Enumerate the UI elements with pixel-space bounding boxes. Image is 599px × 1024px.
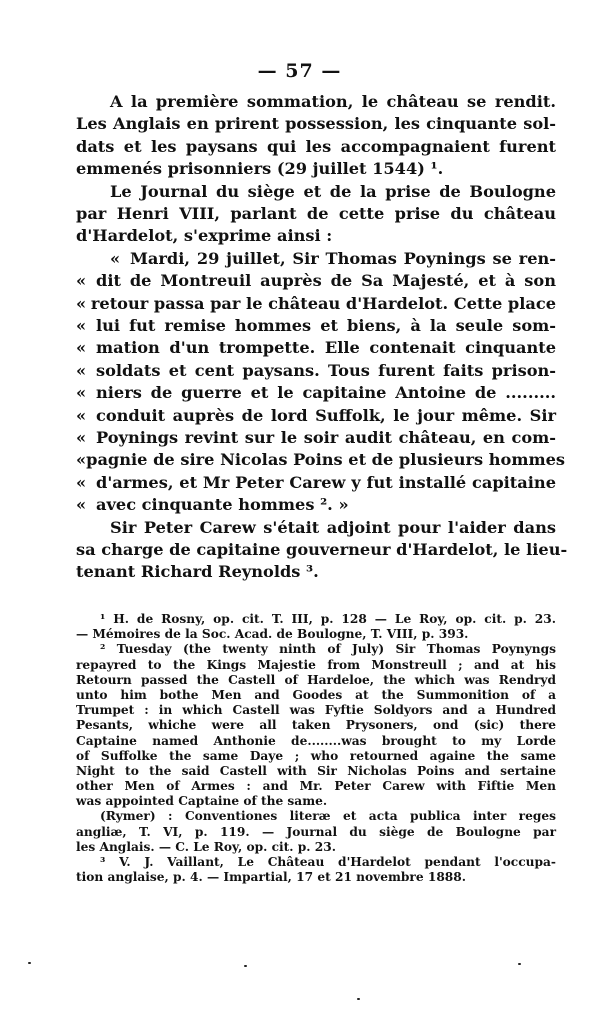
paragraph-3: Sir Peter Carew s'était adjoint pour l'a…	[76, 517, 556, 584]
footnote-line: tion anglaise, p. 4. — Impartial, 17 et …	[76, 870, 556, 885]
footnote-3: ³ V. J. Vaillant, Le Château d'Hardelot …	[76, 855, 556, 885]
footnote-line: les Anglais. — C. Le Roy, op. cit. p. 23…	[76, 840, 556, 855]
quote-line: « retour passa par le château d'Hardelot…	[76, 293, 556, 315]
footnote-line: of Suffolke the same Daye ; who retourne…	[76, 749, 556, 764]
guillemet: «	[76, 270, 96, 292]
page-number: — 57 —	[0, 60, 599, 82]
scan-speck	[518, 963, 521, 965]
footnote-line: Trumpet : in which Castell was Fyftie So…	[76, 703, 556, 718]
scan-speck	[28, 962, 31, 964]
quote-line: « pagnie de sire Nicolas Poins et de plu…	[76, 449, 556, 471]
footnote-1: ¹ H. de Rosny, op. cit. T. III, p. 128 —…	[76, 612, 556, 642]
quote-text: niers de guerre et le capitaine Antoine …	[96, 382, 556, 404]
quote-text: retour passa par le château d'Hardelot. …	[91, 293, 556, 315]
footnote-2: ² Tuesday (the twenty ninth of July) Sir…	[76, 642, 556, 855]
footnote-line: ¹ H. de Rosny, op. cit. T. III, p. 128 —…	[76, 612, 556, 627]
text-line: sa charge de capitaine gouverneur d'Hard…	[76, 539, 556, 561]
quotation-block: « Mardi, 29 juillet, Sir Thomas Poynings…	[76, 248, 556, 517]
scan-speck	[244, 965, 247, 967]
quote-line: « Mardi, 29 juillet, Sir Thomas Poynings…	[76, 248, 556, 270]
quote-line: « mation d'un trompette. Elle contenait …	[76, 337, 556, 359]
text-line: dats et les paysans qui les accompagnaie…	[76, 136, 556, 158]
quote-line: « avec cinquante hommes ². »	[76, 494, 556, 516]
quote-line: « niers de guerre et le capitaine Antoin…	[76, 382, 556, 404]
quote-line: « d'armes, et Mr Peter Carew y fut insta…	[76, 472, 556, 494]
quote-text: d'armes, et Mr Peter Carew y fut install…	[96, 472, 556, 494]
book-page: — 57 — A la première sommation, le châte…	[0, 0, 599, 1024]
quote-text: Poynings revint sur le soir audit châtea…	[96, 427, 556, 449]
quote-text: Mardi, 29 juillet, Sir Thomas Poynings s…	[130, 248, 556, 270]
quote-text: avec cinquante hommes ². »	[96, 494, 556, 516]
footnote-line: repayred to the Kings Majestie from Mons…	[76, 658, 556, 673]
guillemet: «	[76, 449, 86, 471]
text-line: Le Journal du siège et de la prise de Bo…	[76, 181, 556, 203]
scan-speck	[357, 998, 360, 1000]
main-text: A la première sommation, le château se r…	[76, 91, 556, 584]
guillemet: «	[76, 405, 96, 427]
footnote-line: Pesants, whiche were all taken Prysoners…	[76, 718, 556, 733]
text-line: par Henri VIII, parlant de cette prise d…	[76, 203, 556, 225]
text-line: tenant Richard Reynolds ³.	[76, 561, 556, 583]
text-line: Les Anglais en prirent possession, les c…	[76, 113, 556, 135]
quote-line: « Poynings revint sur le soir audit chât…	[76, 427, 556, 449]
quote-text: mation d'un trompette. Elle contenait ci…	[96, 337, 556, 359]
guillemet: «	[76, 293, 91, 315]
paragraph-1: A la première sommation, le château se r…	[76, 91, 556, 181]
quote-text: lui fut remise hommes et biens, à la seu…	[96, 315, 556, 337]
footnotes: ¹ H. de Rosny, op. cit. T. III, p. 128 —…	[76, 612, 556, 885]
quote-line: « lui fut remise hommes et biens, à la s…	[76, 315, 556, 337]
footnote-line: (Rymer) : Conventiones literæ et acta pu…	[76, 809, 556, 824]
footnote-line: ² Tuesday (the twenty ninth of July) Sir…	[76, 642, 556, 657]
guillemet: «	[76, 360, 96, 382]
guillemet: «	[76, 315, 96, 337]
footnote-line: unto him bothe Men and Goodes at the Sum…	[76, 688, 556, 703]
text-line: A la première sommation, le château se r…	[76, 91, 556, 113]
quote-line: « soldats et cent paysans. Tous furent f…	[76, 360, 556, 382]
footnote-line: angliæ, T. VI, p. 119. — Journal du sièg…	[76, 825, 556, 840]
guillemet: «	[76, 494, 96, 516]
quote-line: « conduit auprès de lord Suffolk, le jou…	[76, 405, 556, 427]
quote-line: « dit de Montreuil auprès de Sa Majesté,…	[76, 270, 556, 292]
text-line: d'Hardelot, s'exprime ainsi :	[76, 225, 556, 247]
quote-text: dit de Montreuil auprès de Sa Majesté, e…	[96, 270, 556, 292]
footnote-line: Retourn passed the Castell of Hardeloe, …	[76, 673, 556, 688]
guillemet: «	[76, 337, 96, 359]
quote-text: soldats et cent paysans. Tous furent fai…	[96, 360, 556, 382]
guillemet: «	[76, 382, 96, 404]
footnote-line: ³ V. J. Vaillant, Le Château d'Hardelot …	[76, 855, 556, 870]
guillemet: «	[76, 472, 96, 494]
guillemet: «	[110, 248, 130, 270]
footnote-line: — Mémoires de la Soc. Acad. de Boulogne,…	[76, 627, 556, 642]
quote-text: pagnie de sire Nicolas Poins et de plusi…	[86, 449, 565, 471]
footnote-line: Night to the said Castell with Sir Nicho…	[76, 764, 556, 779]
text-line: Sir Peter Carew s'était adjoint pour l'a…	[76, 517, 556, 539]
footnote-line: was appointed Captaine of the same.	[76, 794, 556, 809]
footnote-line: other Men of Armes : and Mr. Peter Carew…	[76, 779, 556, 794]
guillemet: «	[76, 427, 96, 449]
quote-text: conduit auprès de lord Suffolk, le jour …	[96, 405, 556, 427]
text-line: emmenés prisonniers (29 juillet 1544) ¹.	[76, 158, 556, 180]
paragraph-2: Le Journal du siège et de la prise de Bo…	[76, 181, 556, 248]
footnote-line: Captaine named Anthonie de........was br…	[76, 734, 556, 749]
